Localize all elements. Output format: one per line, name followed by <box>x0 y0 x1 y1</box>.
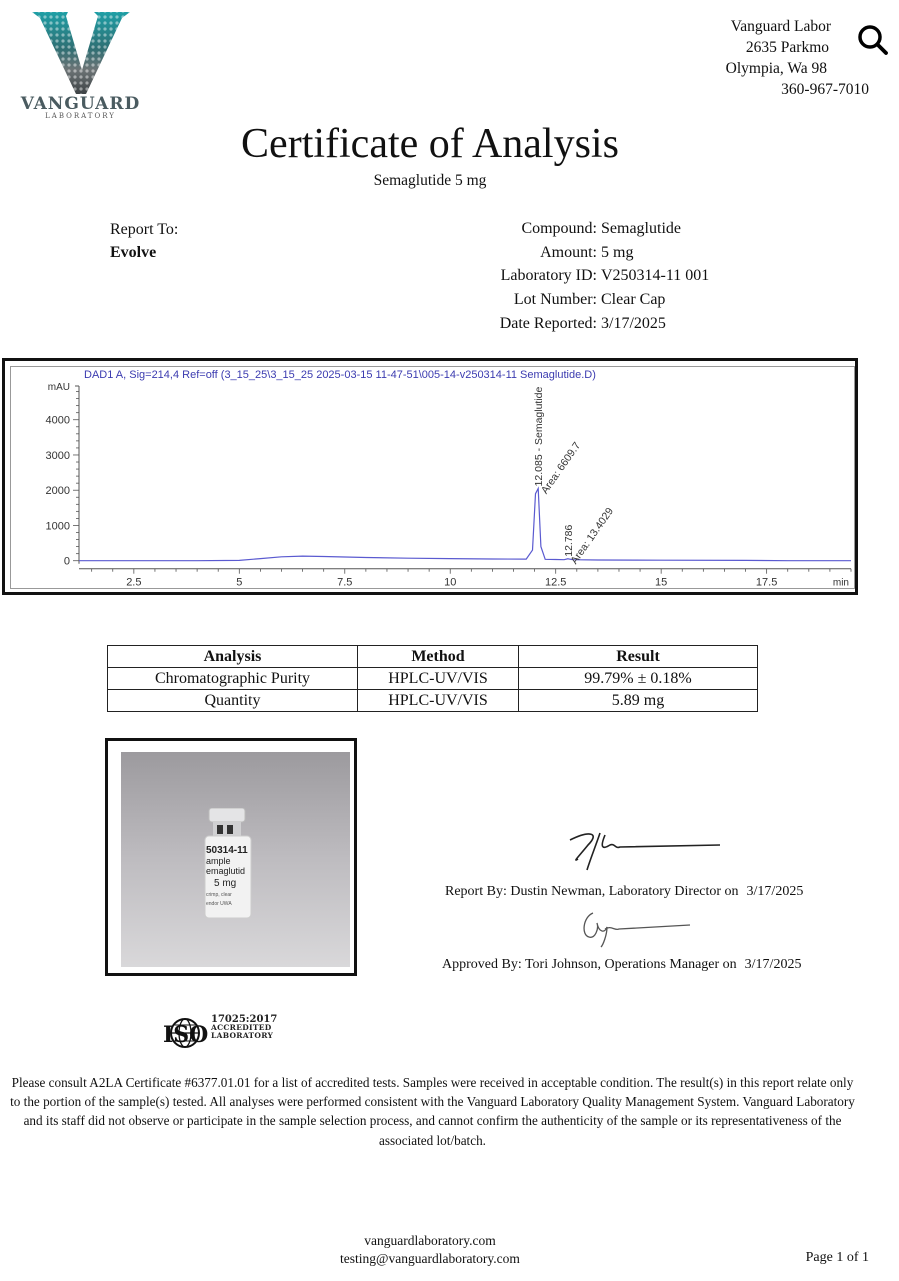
approved-by: Approved By: Tori Johnson, Operations Ma… <box>442 957 801 973</box>
signature-dustin-newman <box>560 825 730 875</box>
svg-text:crimp, clear: crimp, clear <box>206 892 232 898</box>
svg-text:5 mg: 5 mg <box>214 878 236 889</box>
svg-text:0: 0 <box>64 556 70 568</box>
svg-text:2000: 2000 <box>46 485 70 497</box>
svg-text:4000: 4000 <box>46 415 70 427</box>
vial-image: 50314-11 ample emaglutid 5 mg crimp, cle… <box>197 808 257 918</box>
svg-text:endor UWA: endor UWA <box>206 901 232 907</box>
website-link[interactable]: vanguardlaboratory.com <box>330 1232 530 1250</box>
report-by: Report By: Dustin Newman, Laboratory Dir… <box>445 884 803 900</box>
footer-contact: vanguardlaboratory.com testing@vanguardl… <box>330 1232 530 1268</box>
svg-text:emaglutid: emaglutid <box>206 866 245 876</box>
col-analysis: Analysis <box>108 646 358 668</box>
svg-text:2.5: 2.5 <box>126 577 141 589</box>
svg-text:Area: 6609.7: Area: 6609.7 <box>539 440 583 496</box>
svg-text:ample: ample <box>206 856 231 866</box>
col-result: Result <box>519 646 758 668</box>
iso-badge-text: 17025:2017 ACCREDITED LABORATORY <box>211 1016 277 1040</box>
results-table: Analysis Method Result Chromatographic P… <box>107 645 758 712</box>
table-row: Chromatographic Purity HPLC-UV/VIS 99.79… <box>108 668 758 690</box>
svg-text:12.085 - Semaglutide: 12.085 - Semaglutide <box>533 386 545 486</box>
email-link[interactable]: testing@vanguardlaboratory.com <box>330 1250 530 1268</box>
chromatogram-chart: 01000200030004000mAU2.557.51012.51517.5m… <box>0 0 899 600</box>
svg-text:1000: 1000 <box>46 520 70 532</box>
svg-text:min: min <box>833 578 849 589</box>
col-method: Method <box>358 646 519 668</box>
svg-text:3000: 3000 <box>46 450 70 462</box>
svg-text:12.5: 12.5 <box>545 577 566 589</box>
signature-tori-johnson <box>575 905 705 950</box>
table-row: Quantity HPLC-UV/VIS 5.89 mg <box>108 690 758 712</box>
svg-text:15: 15 <box>655 577 667 589</box>
svg-text:5: 5 <box>236 577 242 589</box>
svg-text:17.5: 17.5 <box>756 577 777 589</box>
svg-text:mAU: mAU <box>48 382 70 393</box>
svg-text:ISO: ISO <box>163 1022 208 1048</box>
svg-text:Area: 13.4029: Area: 13.4029 <box>568 505 616 566</box>
page-number: Page 1 of 1 <box>806 1250 869 1266</box>
svg-text:10: 10 <box>444 577 456 589</box>
table-header-row: Analysis Method Result <box>108 646 758 668</box>
disclaimer-text: Please consult A2LA Certificate #6377.01… <box>10 1073 855 1150</box>
svg-text:7.5: 7.5 <box>337 577 352 589</box>
svg-text:50314-11: 50314-11 <box>206 845 248 856</box>
